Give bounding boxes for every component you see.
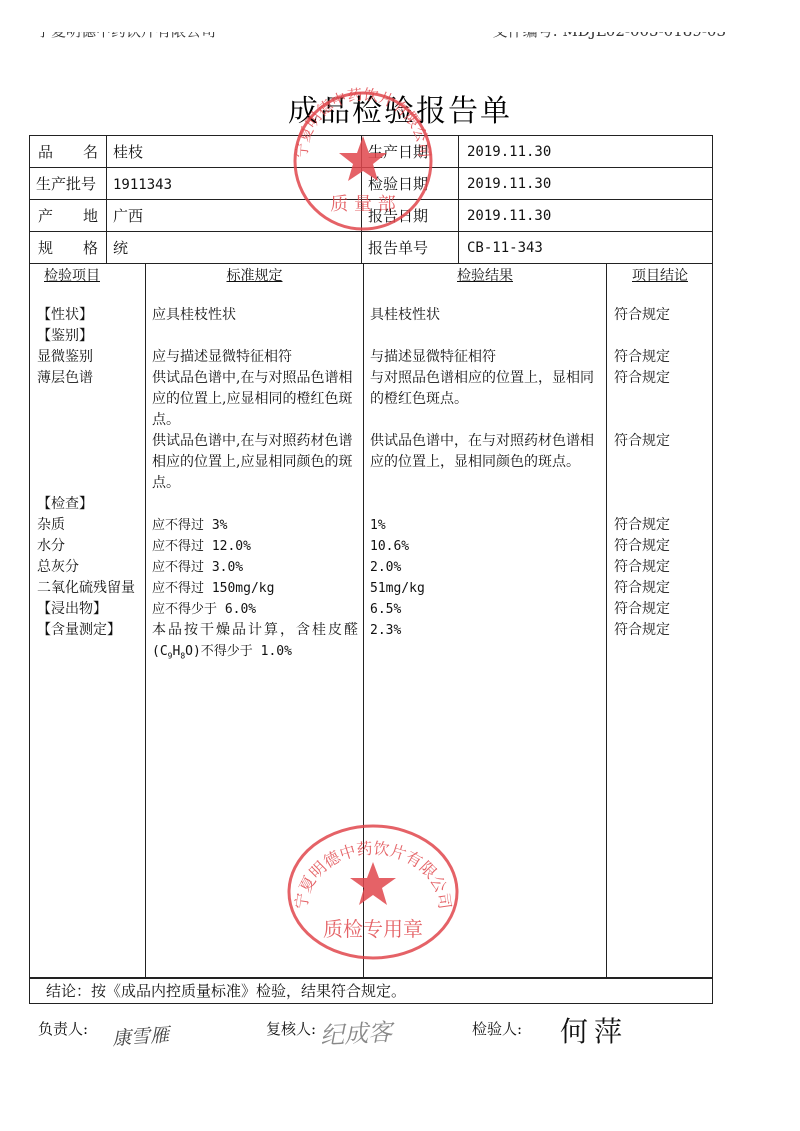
- item-microscopic: 显微鉴别: [37, 347, 145, 368]
- conclusion-moisture: 符合规定: [614, 536, 710, 557]
- item-tlc: 薄层色谱: [37, 368, 145, 389]
- result-microscopic: 与描述显微特征相符: [370, 347, 602, 368]
- spec-label: 规 格: [30, 232, 107, 264]
- standard-appearance: 应具桂枝性状: [152, 305, 360, 326]
- conclusion-appearance: 符合规定: [614, 305, 710, 326]
- header-test-item: 检验项目: [30, 265, 145, 287]
- conclusion-assay: 符合规定: [614, 620, 710, 641]
- item-assay: 【含量测定】: [37, 620, 145, 641]
- inspection-table: 检验项目 【性状】 【鉴别】 显微鉴别 薄层色谱 【检查】 杂质 水分 总灰分 …: [29, 263, 713, 978]
- item-identification: 【鉴别】: [37, 326, 145, 347]
- report-number-label: 报告单号: [362, 232, 459, 264]
- production-date-label: 生产日期: [362, 136, 459, 168]
- conclusion-impurity: 符合规定: [614, 515, 710, 536]
- item-moisture: 水分: [37, 536, 145, 557]
- inspector-signature: 何萍: [560, 1010, 628, 1050]
- standard-assay-line2: (C9H8O)不得少于 1.0%: [152, 641, 360, 667]
- reviewer-label: 复核人:: [266, 1018, 316, 1039]
- result-assay: 2.3%: [370, 620, 602, 641]
- standard-tlc-1: 供试品色谱中,在与对照品色谱相应的位置上,应显相同的橙红色斑点。: [152, 368, 360, 431]
- standard-impurity: 应不得过 3%: [152, 515, 360, 536]
- header-standard: 标准规定: [146, 265, 363, 287]
- standard-assay: 本品按干燥品计算，含桂皮醛: [152, 620, 360, 641]
- test-date-label: 检验日期: [362, 168, 459, 200]
- batch-number-value: 1911343: [113, 177, 172, 193]
- inspector-label: 检验人:: [472, 1018, 522, 1039]
- conclusion-so2-residue: 符合规定: [614, 578, 710, 599]
- report-number-value: CB-11-343: [459, 232, 713, 264]
- result-moisture: 10.6%: [370, 536, 602, 557]
- item-extract: 【浸出物】: [37, 599, 145, 620]
- reviewer-signature: 纪成客: [319, 1012, 393, 1051]
- column-standard: 标准规定 应具桂枝性状 应与描述显微特征相符 供试品色谱中,在与对照品色谱相应的…: [145, 263, 363, 977]
- column-conclusion: 项目结论 符合规定 符合规定 符合规定 符合规定 符合规定 符合规定 符合规定 …: [606, 263, 713, 977]
- page-header: 宁夏明德中药饮片有限公司 文件编号: MDJL02-005-0189-03: [0, 0, 800, 42]
- responsible-label: 负责人:: [38, 1018, 88, 1039]
- report-title: 成品检验报告单: [0, 86, 800, 130]
- origin-value: 广西: [107, 200, 362, 232]
- standard-so2-residue: 应不得过 150mg/kg: [152, 578, 360, 599]
- result-impurity: 1%: [370, 515, 602, 536]
- report-date-label: 报告日期: [362, 200, 459, 232]
- responsible-signature: 康雪雁: [111, 1020, 170, 1051]
- conclusion-microscopic: 符合规定: [614, 347, 710, 368]
- spec-value: 统: [107, 232, 362, 264]
- column-test-item: 检验项目 【性状】 【鉴别】 显微鉴别 薄层色谱 【检查】 杂质 水分 总灰分 …: [30, 263, 145, 977]
- column-result: 检验结果 具桂枝性状 与描述显微特征相符 与对照品色谱相应的位置上，显相同的橙红…: [363, 263, 606, 977]
- item-total-ash: 总灰分: [37, 557, 145, 578]
- origin-label: 产 地: [30, 200, 107, 232]
- result-total-ash: 2.0%: [370, 557, 602, 578]
- product-name-label: 品 名: [30, 136, 107, 168]
- item-appearance: 【性状】: [37, 305, 145, 326]
- header-conclusion: 项目结论: [607, 265, 713, 287]
- item-impurity: 杂质: [37, 515, 145, 536]
- conclusion-tlc-2: 符合规定: [614, 431, 710, 452]
- conclusion-tlc-1: 符合规定: [614, 368, 710, 389]
- product-name-value: 桂枝: [107, 136, 362, 168]
- result-appearance: 具桂枝性状: [370, 305, 602, 326]
- report-date-value: 2019.11.30: [459, 200, 713, 232]
- production-date-value: 2019.11.30: [459, 136, 713, 168]
- header-result: 检验结果: [364, 265, 606, 287]
- conclusion-extract: 符合规定: [614, 599, 710, 620]
- item-so2-residue: 二氧化硫残留量: [37, 578, 145, 599]
- result-tlc-1: 与对照品色谱相应的位置上，显相同的橙红色斑点。: [370, 368, 602, 410]
- item-inspection: 【检查】: [37, 494, 145, 515]
- standard-moisture: 应不得过 12.0%: [152, 536, 360, 557]
- test-date-value: 2019.11.30: [459, 168, 713, 200]
- result-so2-residue: 51mg/kg: [370, 578, 602, 599]
- standard-microscopic: 应与描述显微特征相符: [152, 347, 360, 368]
- final-conclusion: 结论：按《成品内控质量标准》检验，结果符合规定。: [29, 978, 713, 1004]
- standard-tlc-2: 供试品色谱中,在与对照药材色谱相应的位置上,应显相同颜色的斑点。: [152, 431, 360, 494]
- batch-number-label: 生产批号: [30, 168, 107, 200]
- product-info-table: 品 名 桂枝 生产日期 2019.11.30 生产批号 1911343 检验日期…: [29, 135, 713, 264]
- standard-total-ash: 应不得过 3.0%: [152, 557, 360, 578]
- standard-extract: 应不得少于 6.0%: [152, 599, 360, 620]
- result-tlc-2: 供试品色谱中，在与对照药材色谱相应的位置上，显相同颜色的斑点。: [370, 431, 602, 473]
- conclusion-total-ash: 符合规定: [614, 557, 710, 578]
- result-extract: 6.5%: [370, 599, 602, 620]
